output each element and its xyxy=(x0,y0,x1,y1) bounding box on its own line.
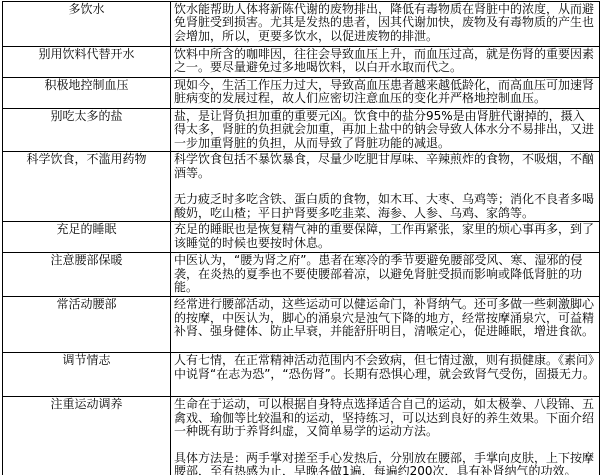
table-row: 注重运动调养 生命在于运动，可以根据自身特点选择适合自己的运动，如太极拳、八段锦… xyxy=(3,397,600,475)
row-title: 科学饮食，不滥用药物 xyxy=(3,152,171,222)
row-content: 科学饮食包括不暴饮暴食，尽量少吃肥甘厚味、辛辣煎炸的食物，不吸烟，不酗酒等。 无… xyxy=(171,152,600,222)
table-row: 科学饮食，不滥用药物 科学饮食包括不暴饮暴食，尽量少吃肥甘厚味、辛辣煎炸的食物，… xyxy=(3,152,600,222)
table-row: 常活动腰部 经常进行腰部活动，这些运动可以健运命门，补肾纳气。还可多做一些刺激脚… xyxy=(3,297,600,353)
row-title: 常活动腰部 xyxy=(3,297,171,353)
row-title: 别用饮料代替开水 xyxy=(3,47,171,78)
row-title: 注意腰部保暖 xyxy=(3,253,171,297)
row-content: 饮料中所含的咖啡因，往往会导致血压上升，而血压过高，就是伤肾的重要因素之一。要尽… xyxy=(171,47,600,78)
row-content: 生命在于运动，可以根据自身特点选择适合自己的运动，如太极拳、八段锦、五禽戏、瑜伽… xyxy=(171,397,600,475)
table-row: 别用饮料代替开水 饮料中所含的咖啡因，往往会导致血压上升，而血压过高，就是伤肾的… xyxy=(3,47,600,78)
row-content: 现如今，生活工作压力过大，导致高血压患者越来越低龄化，而高血压可加速肾脏病变的发… xyxy=(171,78,600,109)
table-row: 调节情志 人有七情，在正常精神活动范围内不会致病，但七情过激，则有损健康。《素问… xyxy=(3,353,600,397)
row-content: 经常进行腰部活动，这些运动可以健运命门，补肾纳气。还可多做一些刺激脚心的按摩，中… xyxy=(171,297,600,353)
row-content: 中医认为，“腰为肾之府”。患者在寒冷的季节要避免腰部受风、寒、湿邪的侵袭，在炎热… xyxy=(171,253,600,297)
health-tips-table: 多饮水 饮水能帮助人体将新陈代谢的废物排出，降低有毒物质在肾脏中的浓度，从而避免… xyxy=(2,1,600,475)
table-row: 积极地控制血压 现如今，生活工作压力过大，导致高血压患者越来越低龄化，而高血压可… xyxy=(3,78,600,109)
table-row: 充足的睡眠 充足的睡眠也是恢复精气神的重要保障，工作再紧张，家里的烦心事再多，到… xyxy=(3,222,600,253)
row-title: 别吃太多的盐 xyxy=(3,109,171,152)
table-row: 多饮水 饮水能帮助人体将新陈代谢的废物排出，降低有毒物质在肾脏中的浓度，从而避免… xyxy=(3,2,600,47)
row-title: 调节情志 xyxy=(3,353,171,397)
table-row: 注意腰部保暖 中医认为，“腰为肾之府”。患者在寒冷的季节要避免腰部受风、寒、湿邪… xyxy=(3,253,600,297)
row-title: 多饮水 xyxy=(3,2,171,47)
table-row: 别吃太多的盐 盐，是让肾负担加重的重要元凶。饮食中的盐分95%是由肾脏代谢掉的，… xyxy=(3,109,600,152)
row-title: 充足的睡眠 xyxy=(3,222,171,253)
row-content: 充足的睡眠也是恢复精气神的重要保障，工作再紧张，家里的烦心事再多，到了该睡觉的时… xyxy=(171,222,600,253)
row-title: 积极地控制血压 xyxy=(3,78,171,109)
row-content: 饮水能帮助人体将新陈代谢的废物排出，降低有毒物质在肾脏中的浓度，从而避免肾脏受到… xyxy=(171,2,600,47)
row-content: 盐，是让肾负担加重的重要元凶。饮食中的盐分95%是由肾脏代谢掉的，摄入得太多，肾… xyxy=(171,109,600,152)
row-title: 注重运动调养 xyxy=(3,397,171,475)
row-content: 人有七情，在正常精神活动范围内不会致病，但七情过激，则有损健康。《素问》中说肾“… xyxy=(171,353,600,397)
